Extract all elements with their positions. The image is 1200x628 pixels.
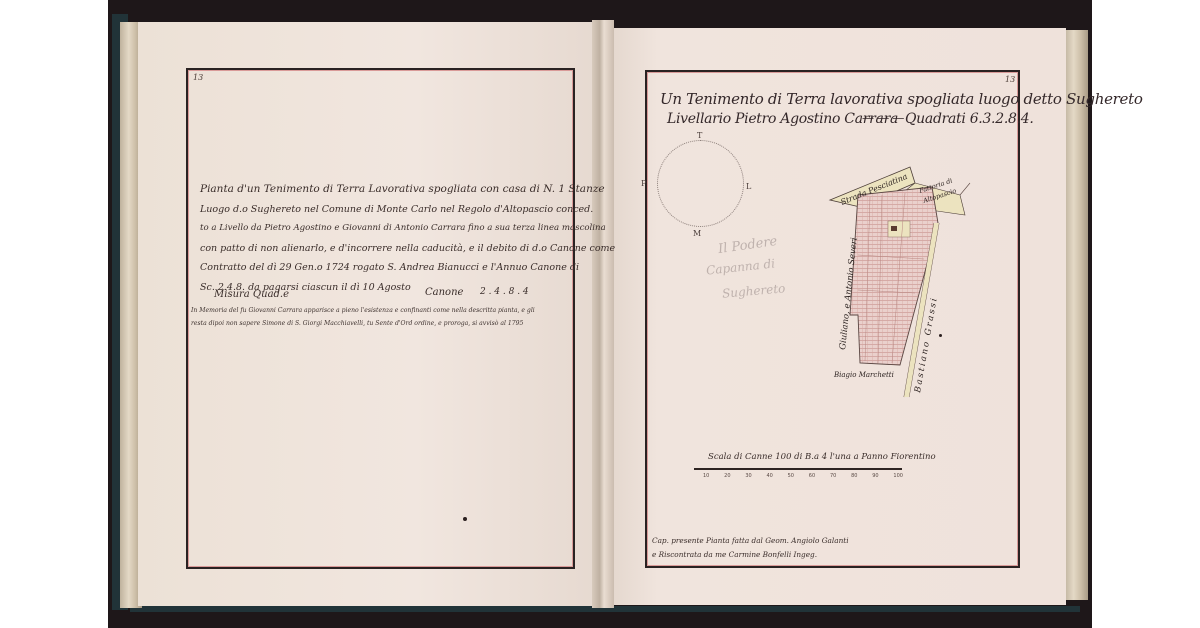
scale-tick: 20 (724, 473, 730, 479)
text-line: Pianta d'un Tenimento di Terra Lavorativ… (200, 180, 565, 200)
map-title-line-2-dashes: — — — (862, 111, 904, 125)
text-line: Luogo d.o Sughereto nel Comune di Monte … (200, 200, 565, 220)
compass-bottom-label: M (693, 229, 701, 238)
book-spine (592, 20, 614, 608)
scale-bar (694, 468, 902, 470)
scale-tick: 50 (788, 473, 794, 479)
canone-value: 2 . 4 . 8 . 4 (480, 287, 529, 297)
canone-label: Canone (425, 287, 463, 298)
footer-line-1: Cap. presente Pianta fatta dal Geom. Ang… (652, 536, 849, 545)
ink-spot (463, 517, 467, 521)
measure-label: Misura Quad.e (214, 289, 289, 300)
footer-line-2: e Riscontrata da me Carmine Bonfelli Ing… (652, 550, 817, 559)
scale-ticks: 10 20 30 40 50 60 70 80 90 100 (703, 473, 903, 479)
compass-top-label: T (697, 131, 702, 140)
compass-right-label: L (746, 182, 751, 191)
left-page-text-block: Pianta d'un Tenimento di Terra Lavorativ… (200, 180, 565, 297)
scale-tick: 10 (703, 473, 709, 479)
compass-left-label: P (641, 179, 646, 188)
map-title-line-1: Un Tenimento di Terra lavorativa spoglia… (660, 90, 1143, 108)
ink-spot (939, 334, 942, 337)
scale-tick: 70 (830, 473, 836, 479)
south-neighbor-label: Biagio Marchetti (833, 371, 894, 379)
land-parcel-map: Strada Pesciatina Fattoria di Altopascio… (820, 165, 1010, 405)
scale-tick: 60 (809, 473, 815, 479)
right-page-number: 13 (1005, 75, 1015, 84)
scale-tick: 40 (766, 473, 772, 479)
map-title-line-2-right: Quadrati 6.3.2.8.4. (905, 111, 1033, 127)
text-line: to a Livello da Pietro Agostino e Giovan… (200, 219, 565, 239)
scale-tick: 80 (851, 473, 857, 479)
left-page-number: 13 (193, 73, 203, 82)
scale-tick: 90 (872, 473, 878, 479)
note-line: resta dipoi non sapere Simone di S. Gior… (191, 320, 523, 327)
scale-title: Scala di Canne 100 di B.a 4 l'una a Pann… (708, 452, 936, 462)
text-line: con patto di non alienarlo, e d'incorrer… (200, 239, 565, 259)
note-line: In Memoria del fu Giovanni Carrara appar… (191, 307, 535, 314)
left-page-frame (186, 68, 575, 569)
scale-tick: 100 (893, 473, 903, 479)
scale-tick: 30 (745, 473, 751, 479)
page-stack-right (1064, 30, 1088, 600)
text-line: Contratto del dì 29 Gen.o 1724 rogato S.… (200, 258, 565, 278)
compass-rose-icon (657, 140, 744, 227)
